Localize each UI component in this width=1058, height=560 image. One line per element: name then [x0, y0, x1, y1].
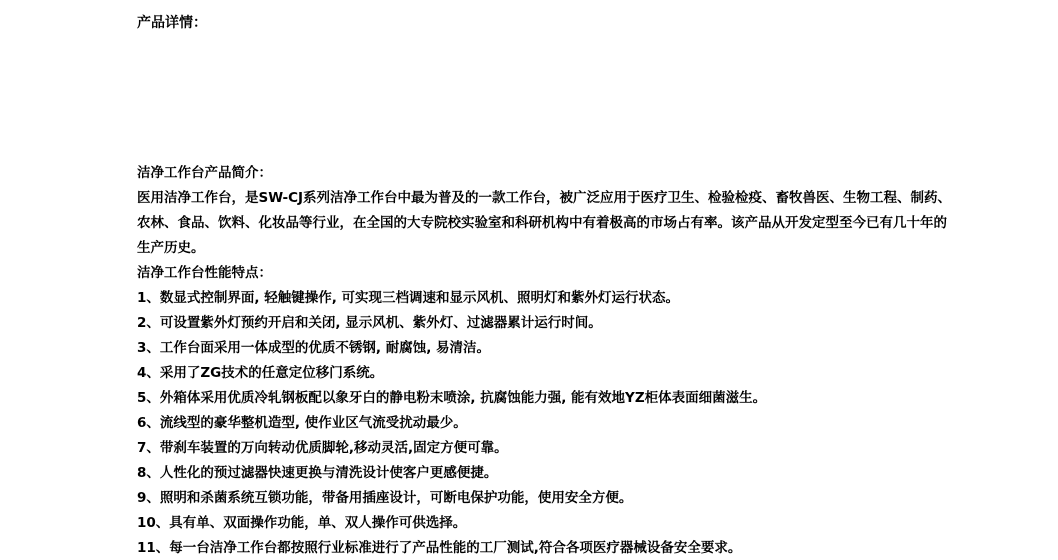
feature-item: 6、流线型的豪华整机造型, 使作业区气流受扰动最少。	[137, 411, 1047, 436]
feature-item: 3、工作台面采用一体成型的优质不锈钢, 耐腐蚀, 易清洁。	[137, 336, 1047, 361]
intro-heading: 洁净工作台产品简介：	[137, 161, 1047, 186]
feature-item: 8、人性化的预过滤器快速更换与清洗设计使客户更感便捷。	[137, 461, 1047, 486]
feature-item: 5、外箱体采用优质冷轧钢板配以象牙白的静电粉末喷涂, 抗腐蚀能力强, 能有效地Y…	[137, 386, 1047, 411]
page-title: 产品详情：	[137, 13, 207, 33]
intro-line: 生产历史。	[137, 236, 1047, 261]
feature-item: 9、照明和杀菌系统互锁功能，带备用插座设计，可断电保护功能，使用安全方便。	[137, 486, 1047, 511]
feature-item: 1、数显式控制界面, 轻触键操作, 可实现三档调速和显示风机、照明灯和紫外灯运行…	[137, 286, 1047, 311]
features-heading: 洁净工作台性能特点：	[137, 261, 1047, 286]
feature-item: 10、具有单、双面操作功能，单、双人操作可供选择。	[137, 511, 1047, 536]
feature-item: 2、可设置紫外灯预约开启和关闭, 显示风机、紫外灯、过滤器累计运行时间。	[137, 311, 1047, 336]
product-description: 洁净工作台产品简介： 医用洁净工作台，是SW-CJ系列洁净工作台中最为普及的一款…	[137, 161, 1047, 560]
feature-item: 11、每一台洁净工作台都按照行业标准进行了产品性能的工厂测试,符合各项医疗器械设…	[137, 536, 1047, 560]
feature-item: 4、采用了ZG技术的任意定位移门系统。	[137, 361, 1047, 386]
intro-line: 农林、食品、饮料、化妆品等行业，在全国的大专院校实验室和科研机构中有着极高的市场…	[137, 211, 1047, 236]
intro-line: 医用洁净工作台，是SW-CJ系列洁净工作台中最为普及的一款工作台，被广泛应用于医…	[137, 186, 1047, 211]
feature-item: 7、带刹车装置的万向转动优质脚轮,移动灵活,固定方便可靠。	[137, 436, 1047, 461]
